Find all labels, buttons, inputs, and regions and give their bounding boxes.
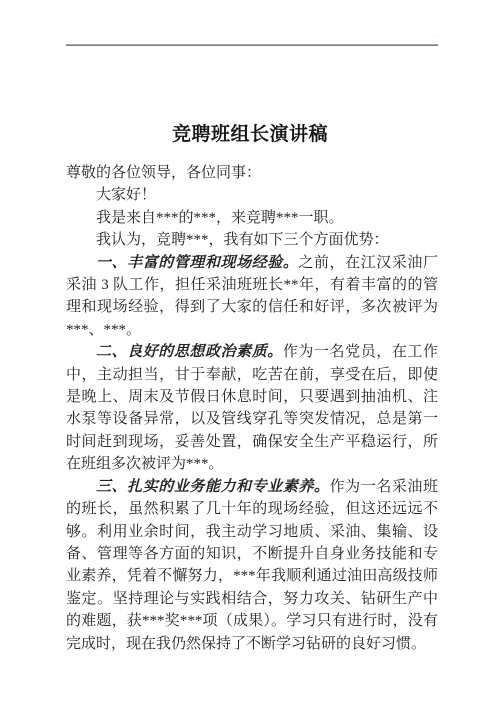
paragraph-advantage-1: 一、丰富的管理和现场经验。之前，在江汉采油厂采油 3 队工作，担任采油班班长**…: [66, 252, 438, 342]
section-2-heading: 二、良好的思想政治素质。: [96, 344, 283, 360]
paragraph-advantage-3: 三、扎实的业务能力和专业素养。作为一名采油班的班长，虽然积累了几十年的现场经验，…: [66, 476, 438, 655]
paragraph-greeting: 大家好！: [66, 184, 438, 206]
paragraph-advantage-2: 二、良好的思想政治素质。作为一名党员，在工作中，主动担当，甘于奉献，吃苦在前，享…: [66, 341, 438, 475]
document-page: ·· 竞聘班组长演讲稿 尊敬的各位领导，各位同事： 大家好！ 我是来自***的*…: [0, 0, 500, 708]
section-3-heading: 三、扎实的业务能力和专业素养。: [96, 479, 330, 495]
document-title: 竞聘班组长演讲稿: [0, 119, 500, 146]
section-1-heading: 一、丰富的管理和现场经验。: [96, 255, 298, 271]
header-rule: [66, 44, 438, 46]
section-2-text: 作为一名党员，在工作中，主动担当，甘于奉献，吃苦在前，享受在后，即使是晚上、周末…: [66, 344, 438, 472]
document-body: 尊敬的各位领导，各位同事： 大家好！ 我是来自***的***，来竞聘***一职。…: [66, 162, 438, 655]
salutation: 尊敬的各位领导，各位同事：: [66, 162, 438, 184]
header-artifact: ··: [431, 33, 437, 39]
paragraph-lead-in: 我认为，竞聘***，我有如下三个方面优势：: [66, 229, 438, 251]
paragraph-intro: 我是来自***的***，来竞聘***一职。: [66, 207, 438, 229]
section-3-text: 作为一名采油班的班长，虽然积累了几十年的现场经验，但这还远远不够。利用业余时间，…: [66, 479, 438, 652]
footer-artifact: ··: [64, 634, 71, 641]
